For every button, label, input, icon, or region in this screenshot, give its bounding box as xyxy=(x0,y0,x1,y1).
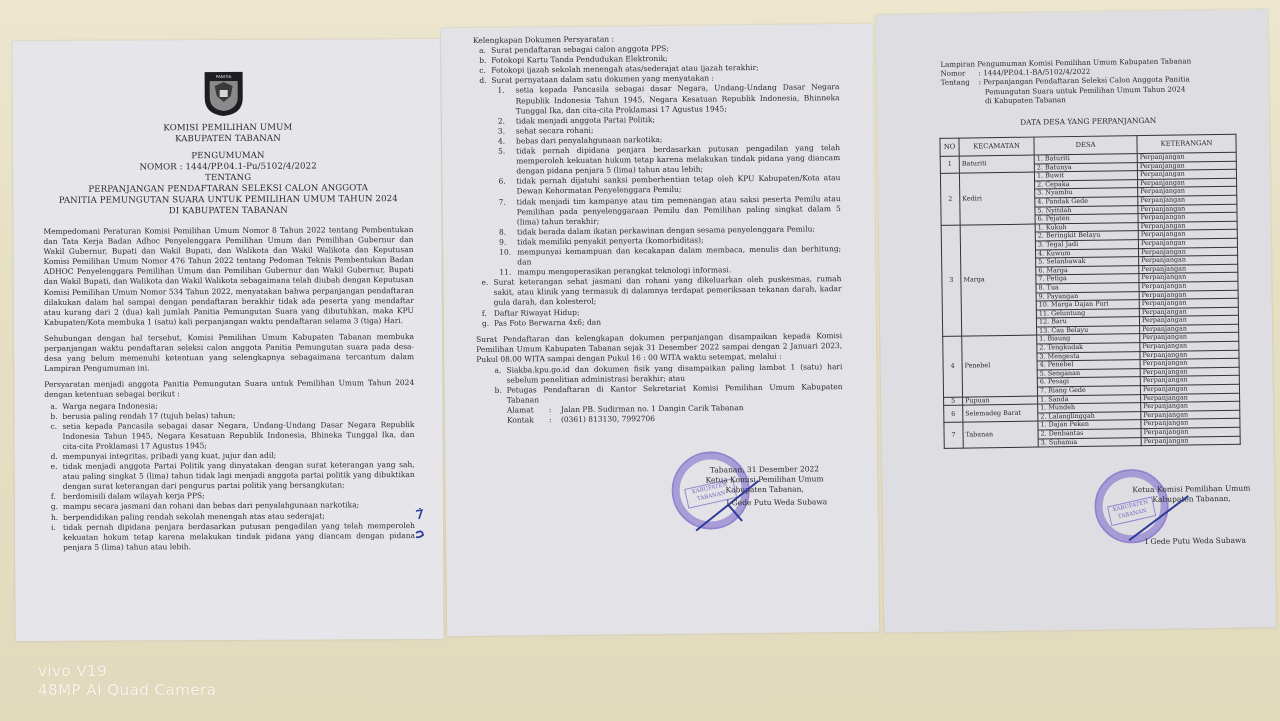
list-marker: b. xyxy=(495,386,507,406)
list-text: tidak pernah dipidana penjara berdasarka… xyxy=(516,143,840,177)
address-label: Alamat xyxy=(507,406,549,417)
list-marker: g. xyxy=(51,502,63,512)
list-marker: 9. xyxy=(499,237,517,247)
list-marker: f. xyxy=(482,308,494,318)
submission-channels: a.Siakba.kpu.go.id dan dokumen fisik yan… xyxy=(476,362,842,406)
list-marker: e. xyxy=(481,278,493,308)
list-marker: a. xyxy=(50,401,62,411)
list-item: e.Surat keterangan sehat jasmani dan roh… xyxy=(481,274,841,308)
list-marker: f. xyxy=(51,492,63,502)
signatory-name: I Gede Putu Weda Subawa xyxy=(1145,535,1280,547)
submission-paragraph: Surat Pendaftaran dan kelengkapan dokume… xyxy=(476,331,842,365)
org-region: KABUPATEN TABANAN xyxy=(43,133,413,146)
list-text: Surat keterangan sehat jasmani dan rohan… xyxy=(493,274,841,308)
cell-desa: 3. Subamia xyxy=(1038,437,1141,447)
list-marker: 6. xyxy=(498,177,516,197)
list-marker: h. xyxy=(51,512,63,522)
pps-garuda-logo-icon: PANITIA xyxy=(201,68,247,118)
list-marker: 3. xyxy=(498,126,516,136)
intro-paragraph: Mempedomani Peraturan Komisi Pemilihan U… xyxy=(43,225,414,328)
list-marker: d. xyxy=(51,452,63,462)
cell-no: 5 xyxy=(944,397,963,406)
cell-no: 2 xyxy=(940,173,960,225)
signatory-region: Kabupaten Tabanan, xyxy=(690,484,840,496)
list-text: setia kepada Pancasila sebagai dasar Neg… xyxy=(62,420,414,452)
cell-kecamatan: Baturiti xyxy=(959,155,1034,173)
column-header-no: NO xyxy=(940,138,959,156)
cell-no: 6 xyxy=(944,405,963,422)
cell-no: 1 xyxy=(940,156,959,173)
list-item: 1.setia kepada Pancasila sebagai dasar N… xyxy=(497,83,839,117)
list-marker: e. xyxy=(51,462,63,492)
list-marker: a. xyxy=(494,366,506,386)
contact-row: Kontak : (0361) 813130, 7992706 xyxy=(507,413,843,427)
column-header-keterangan: KETERANGAN xyxy=(1137,134,1236,153)
official-stamp: KABUPATEN TABANAN xyxy=(1094,469,1169,544)
list-text: setia kepada Pancasila sebagai dasar Neg… xyxy=(515,83,839,117)
list-marker: c. xyxy=(50,422,62,452)
initial-mark-icon xyxy=(413,507,427,547)
announcement-page-1: PANITIA KOMISI PEMILIHAN UMUM KABUPATEN … xyxy=(12,39,443,641)
extension-paragraph: Sehubungan dengan hal tersebut, Komisi P… xyxy=(44,332,414,374)
list-text: Petugas Pendaftaran di Kantor Sekretaria… xyxy=(507,382,843,406)
list-item: 7.tidak menjadi tim kampanye atau tim pe… xyxy=(499,194,841,228)
list-marker: 2. xyxy=(498,116,516,126)
cell-no: 3 xyxy=(941,225,962,337)
list-text: tidak menjadi tim kampanye atau tim peme… xyxy=(517,194,841,228)
documents-list: a.Surat pendaftaran sebagai calon anggot… xyxy=(473,42,839,86)
tentang-label: Tentang xyxy=(941,78,979,88)
list-marker: 5. xyxy=(498,147,516,177)
list-marker: a. xyxy=(479,46,491,56)
list-marker: 8. xyxy=(499,227,517,237)
camera-model-watermark: vivo V19 xyxy=(38,662,107,680)
cell-no: 7 xyxy=(944,422,963,448)
camera-spec-watermark: 48MP AI Quad Camera xyxy=(38,681,216,699)
list-marker: 4. xyxy=(498,136,516,146)
signatory-name: I Gede Putu Weda Subawa xyxy=(702,497,852,509)
cell-kecamatan: Marga xyxy=(960,224,1037,337)
cell-kecamatan: Kediri xyxy=(959,172,1035,225)
list-item: e.tidak menjadi anggota Partai Politik y… xyxy=(51,460,415,492)
list-item: b.Petugas Pendaftaran di Kantor Sekretar… xyxy=(495,382,843,406)
statements-list: 1.setia kepada Pancasila sebagai dasar N… xyxy=(473,83,841,279)
svg-text:PANITIA: PANITIA xyxy=(216,74,232,79)
column-header-desa: DESA xyxy=(1034,136,1137,155)
list-text: tidak pernah dipidana penjara berdasarka… xyxy=(63,521,415,553)
contact-label: Kontak xyxy=(507,416,549,427)
cell-kecamatan: Tabanan xyxy=(963,421,1038,448)
cell-kecamatan: Penebel xyxy=(962,336,1038,397)
villages-table: NO KECAMATAN DESA KETERANGAN 1Baturiti1.… xyxy=(939,134,1240,449)
list-item: c.setia kepada Pancasila sebagai dasar N… xyxy=(50,420,414,452)
contact-value: (0361) 813130, 7992706 xyxy=(561,415,655,426)
list-marker: 1. xyxy=(497,86,515,116)
cell-keterangan: Perpanjangan xyxy=(1141,436,1240,446)
cell-kecamatan: Selemadeg Barat xyxy=(963,404,1038,422)
attachment-page: Lampiran Pengumuman Komisi Pemilihan Umu… xyxy=(876,9,1277,632)
cell-no: 4 xyxy=(943,337,963,397)
requirements-list: a.Warga negara Indonesia;b.berusia palin… xyxy=(44,400,415,553)
signatory-region: Kabupaten Tabanan, xyxy=(1116,493,1266,505)
list-marker: i. xyxy=(51,522,63,552)
column-header-kecamatan: KECAMATAN xyxy=(959,137,1034,156)
list-marker: 11. xyxy=(499,268,517,278)
list-marker: d. xyxy=(479,76,491,86)
list-marker: b. xyxy=(479,56,491,66)
list-item: 5.tidak pernah dipidana penjara berdasar… xyxy=(498,143,840,177)
list-marker: 10. xyxy=(499,247,517,267)
list-marker: b. xyxy=(50,411,62,421)
requirements-intro: Persyaratan menjadi anggota Panitia Pemu… xyxy=(44,378,414,400)
list-text: tidak menjadi anggota Partai Politik yan… xyxy=(63,460,415,492)
announcement-page-2: Kelengkapan Dokumen Persyaratan : a.Sura… xyxy=(441,24,879,636)
doc-title-line3: DI KABUPATEN TABANAN xyxy=(43,205,413,218)
list-marker: g. xyxy=(482,318,494,328)
list-marker: c. xyxy=(479,66,491,76)
list-item: i.tidak pernah dipidana penjara berdasar… xyxy=(51,521,415,553)
table-title: DATA DESA YANG PERPANJANGAN xyxy=(937,115,1239,128)
list-marker: 7. xyxy=(499,197,517,227)
documents-list-continued: e.Surat keterangan sehat jasmani dan roh… xyxy=(475,274,842,328)
